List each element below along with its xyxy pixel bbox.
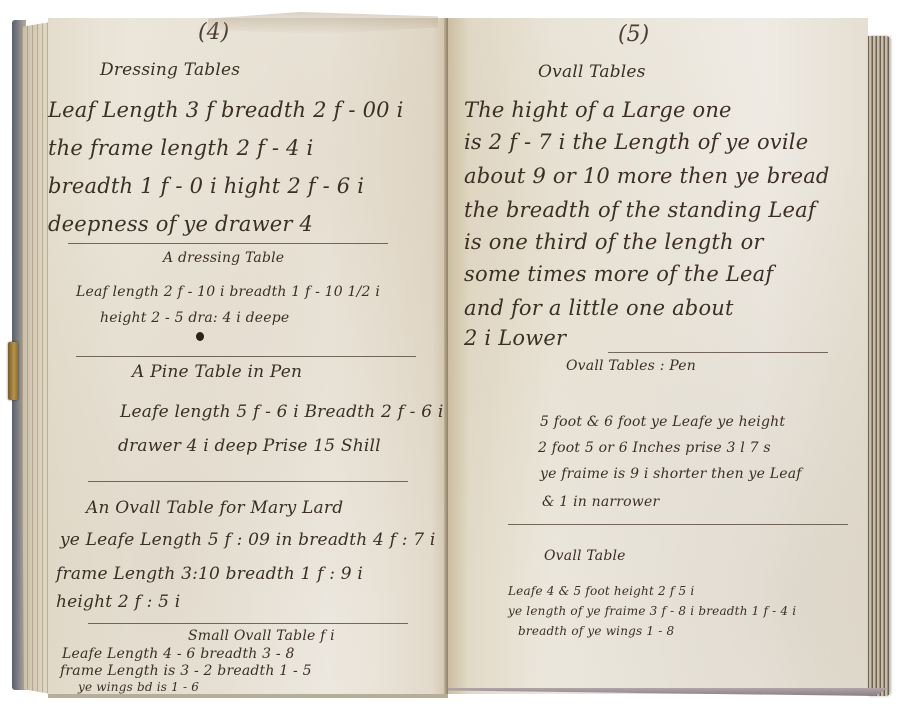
text-line: is 2 f - 7 i the Length of ye ovile xyxy=(464,130,808,154)
text-line: some times more of the Leaf xyxy=(464,262,773,286)
section-heading: A dressing Table xyxy=(163,250,284,266)
page-number-right: (5) xyxy=(618,22,649,47)
section-heading: An Ovall Table for Mary Lard xyxy=(86,498,343,518)
section-heading: Dressing Tables xyxy=(100,60,240,80)
right-page: (5) Ovall Tables The hight of a Large on… xyxy=(448,18,868,694)
left-page: (4) Dressing Tables Leaf Length 3 f brea… xyxy=(48,18,448,698)
section-heading: Ovall Tables xyxy=(538,62,646,82)
section-heading: A Pine Table in Pen xyxy=(132,362,302,382)
text-line: about 9 or 10 more then ye bread xyxy=(464,164,830,188)
text-line: ye wings bd is 1 - 6 xyxy=(78,680,199,694)
page-fore-edge xyxy=(868,36,890,696)
text-line: height 2 - 5 dra: 4 i deepe xyxy=(100,310,289,326)
text-line: height 2 f : 5 i xyxy=(56,592,180,612)
text-line: 2 foot 5 or 6 Inches prise 3 l 7 s xyxy=(538,440,771,456)
text-line: ye fraime is 9 i shorter then ye Leaf xyxy=(540,466,802,482)
text-line: deepness of ye drawer 4 xyxy=(48,212,313,236)
text-line: is one third of the length or xyxy=(464,230,764,254)
manuscript-photo: (4) Dressing Tables Leaf Length 3 f brea… xyxy=(0,0,900,713)
text-line: and for a little one about xyxy=(464,296,734,320)
divider-line xyxy=(76,356,416,357)
text-line: & 1 in narrower xyxy=(542,494,659,510)
text-line: 5 foot & 6 foot ye Leafe ye height xyxy=(540,414,785,430)
open-notebook: (4) Dressing Tables Leaf Length 3 f brea… xyxy=(8,12,892,700)
text-line: 2 i Lower xyxy=(464,326,566,350)
text-line: the frame length 2 f - 4 i xyxy=(48,136,313,160)
brass-clasp xyxy=(8,342,18,400)
divider-line xyxy=(68,243,388,244)
section-heading: Ovall Tables : Pen xyxy=(566,358,696,374)
text-line: Leafe length 5 f - 6 i Breadth 2 f - 6 i xyxy=(120,402,443,422)
text-line: Leaf length 2 f - 10 i breadth 1 f - 10 … xyxy=(76,284,380,300)
text-line: Leafe 4 & 5 foot height 2 f 5 i xyxy=(508,584,694,598)
section-heading: Ovall Table xyxy=(544,548,626,564)
text-line: frame Length 3:10 breadth 1 f : 9 i xyxy=(56,564,363,584)
text-line: Leaf Length 3 f breadth 2 f - 00 i xyxy=(48,98,403,122)
text-line: breadth 1 f - 0 i hight 2 f - 6 i xyxy=(48,174,364,198)
text-line: ye length of ye fraime 3 f - 8 i breadth… xyxy=(508,604,796,618)
divider-line xyxy=(608,352,828,353)
text-line: drawer 4 i deep Prise 15 Shill xyxy=(118,436,381,456)
ink-blot xyxy=(196,332,204,341)
text-line: ye Leafe Length 5 f : 09 in breadth 4 f … xyxy=(60,530,436,550)
text-line: Leafe Length 4 - 6 breadth 3 - 8 xyxy=(62,646,295,662)
section-heading: Small Ovall Table f i xyxy=(188,628,335,644)
text-line: breadth of ye wings 1 - 8 xyxy=(518,624,674,638)
divider-line xyxy=(88,623,408,624)
divider-line xyxy=(508,524,848,525)
text-line: frame Length is 3 - 2 breadth 1 - 5 xyxy=(60,663,312,679)
text-line: the breadth of the standing Leaf xyxy=(464,198,816,222)
divider-line xyxy=(88,481,408,482)
text-line: The hight of a Large one xyxy=(464,98,732,122)
